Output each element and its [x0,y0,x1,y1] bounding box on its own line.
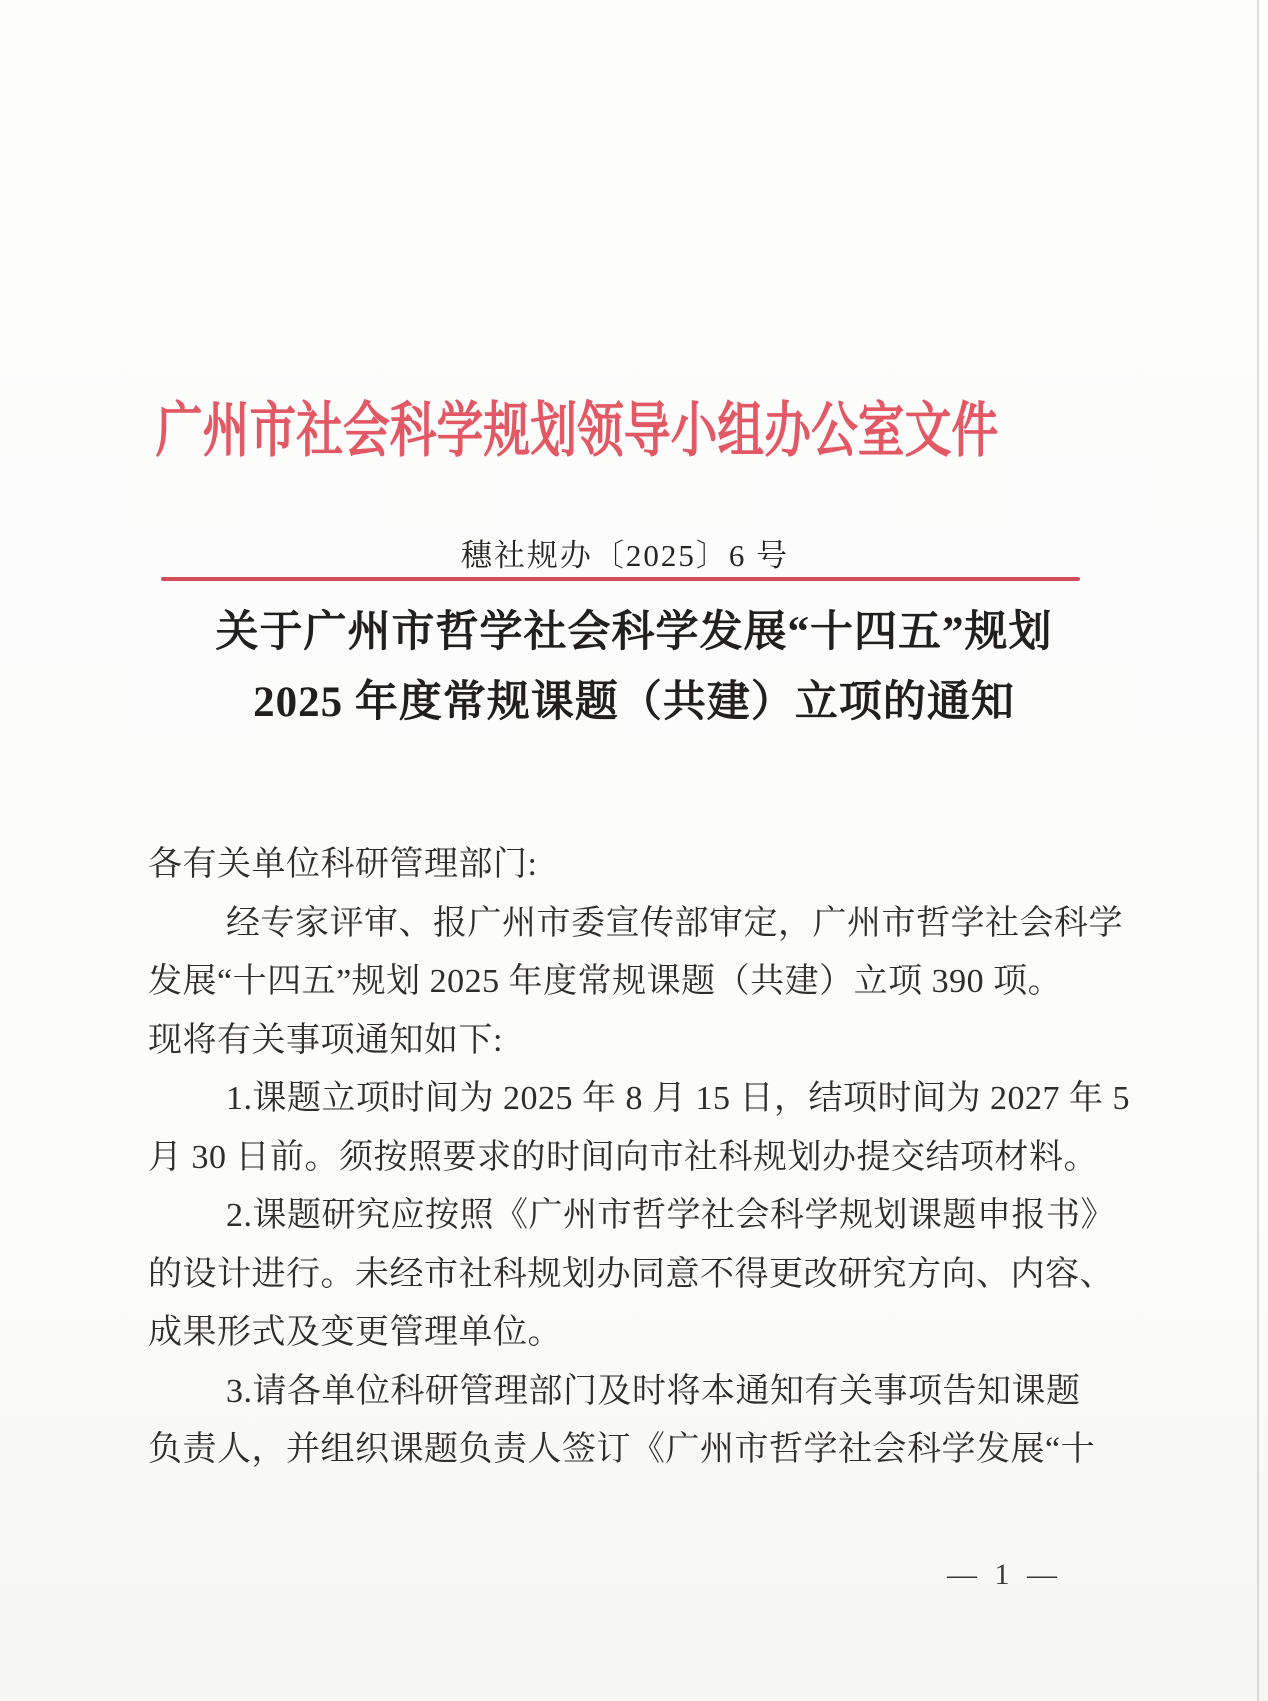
red-separator-line [161,577,1080,581]
body-line: 现将有关事项通知如下: [148,1012,1110,1071]
document-page: 广州市社会科学规划领导小组办公室文件 穗社规办〔2025〕6 号 关于广州市哲学… [0,0,1268,1701]
document-title: 关于广州市哲学社会科学发展“十四五”规划 2025 年度常规课题（共建）立项的通… [0,598,1268,738]
body-line: 发展“十四五”规划 2025 年度常规课题（共建）立项 390 项。 [148,953,1110,1012]
body-line: 经专家评审、报广州市委宣传部审定，广州市哲学社会科学 [148,895,1110,954]
document-title-line-2: 2025 年度常规课题（共建）立项的通知 [0,668,1268,738]
document-body: 各有关单位科研管理部门: 经专家评审、报广州市委宣传部审定，广州市哲学社会科学 … [148,836,1110,1480]
page-number: — 1 — [947,1558,1062,1592]
body-line: 1.课题立项时间为 2025 年 8 月 15 日，结项时间为 2027 年 5 [148,1070,1110,1129]
body-line: 成果形式及变更管理单位。 [148,1304,1110,1363]
body-line: 月 30 日前。须按照要求的时间向市社科规划办提交结项材料。 [148,1129,1110,1188]
body-line: 2.课题研究应按照《广州市哲学社会科学规划课题申报书》 [148,1187,1110,1246]
letterhead-title: 广州市社会科学规划领导小组办公室文件 [82,383,1071,469]
document-number: 穗社规办〔2025〕6 号 [0,530,1250,575]
body-line: 的设计进行。未经市社科规划办同意不得更改研究方向、内容、 [148,1246,1110,1305]
document-title-line-1: 关于广州市哲学社会科学发展“十四五”规划 [0,598,1268,668]
scan-edge-artifact [1257,0,1259,1701]
body-line: 3.请各单位科研管理部门及时将本通知有关事项告知课题 [148,1363,1110,1422]
body-line: 负责人，并组织课题负责人签订《广州市哲学社会科学发展“十 [148,1421,1110,1480]
salutation-line: 各有关单位科研管理部门: [148,836,1110,895]
